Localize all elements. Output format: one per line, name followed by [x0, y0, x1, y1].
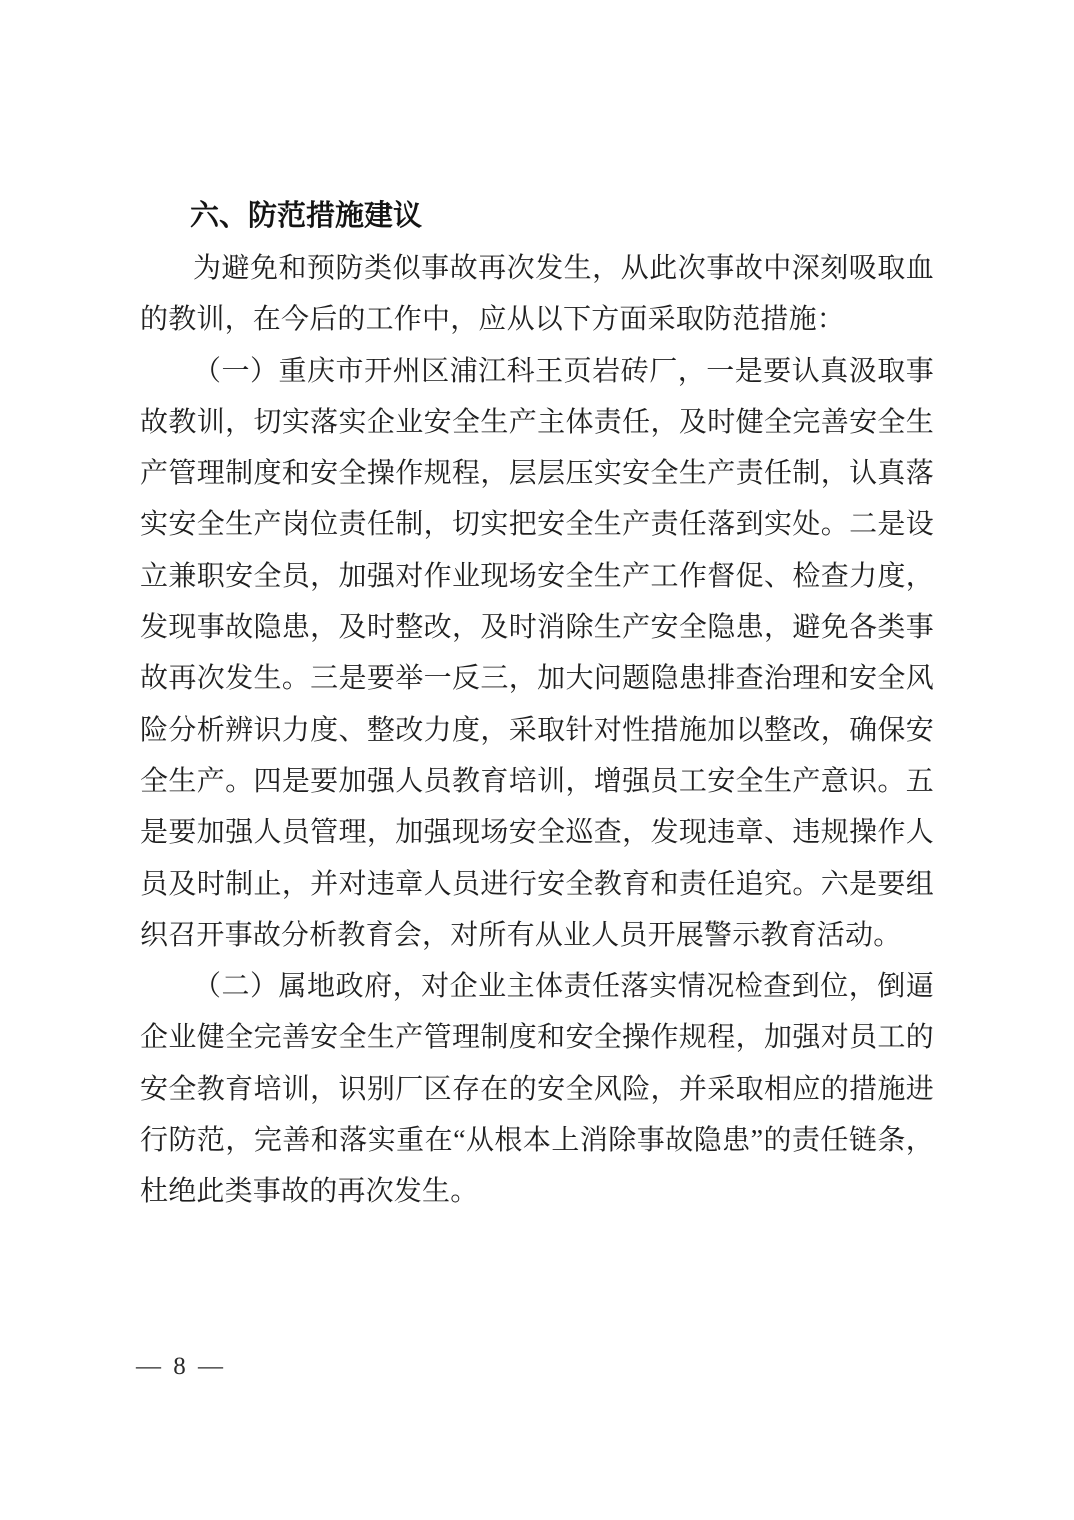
text-line: 发现事故隐患，及时整改，及时消除生产安全隐患，避免各类事 — [140, 602, 934, 653]
text-line: 全生产。四是要加强人员教育培训，增强员工安全生产意识。五 — [140, 756, 934, 807]
text-line: 实安全生产岗位责任制，切实把安全生产责任落到实处。二是设 — [140, 499, 934, 550]
text-line: 企业健全完善安全生产管理制度和安全操作规程，加强对员工的 — [140, 1012, 934, 1063]
text-line: 杜绝此类事故的再次发生。 — [140, 1166, 934, 1217]
text-line: 为避免和预防类似事故再次发生，从此次事故中深刻吸取血 — [140, 243, 934, 294]
section-heading: 六、防范措施建议 — [190, 201, 422, 233]
text-line: 立兼职安全员，加强对作业现场安全生产工作督促、检查力度， — [140, 551, 934, 602]
text-line: 故再次发生。三是要举一反三，加大问题隐患排查治理和安全风 — [140, 653, 934, 704]
text-line: 行防范，完善和落实重在“从根本上消除事故隐患”的责任链条， — [140, 1115, 934, 1166]
text-line: 织召开事故分析教育会，对所有从业人员开展警示教育活动。 — [140, 910, 934, 961]
document-page: 六、防范措施建议 为避免和预防类似事故再次发生，从此次事故中深刻吸取血的教训，在… — [0, 0, 1074, 1520]
text-line: 的教训，在今后的工作中，应从以下方面采取防范措施： — [140, 294, 934, 345]
text-line: （二）属地政府，对企业主体责任落实情况检查到位，倒逼 — [140, 961, 934, 1012]
text-line: 产管理制度和安全操作规程，层层压实安全生产责任制，认真落 — [140, 448, 934, 499]
text-line: 员及时制止，并对违章人员进行安全教育和责任追究。六是要组 — [140, 859, 934, 910]
text-line: 险分析辨识力度、整改力度，采取针对性措施加以整改，确保安 — [140, 705, 934, 756]
text-line: 是要加强人员管理，加强现场安全巡查，发现违章、违规操作人 — [140, 807, 934, 858]
document-body: 为避免和预防类似事故再次发生，从此次事故中深刻吸取血的教训，在今后的工作中，应从… — [140, 243, 934, 1218]
text-line: 故教训，切实落实企业安全生产主体责任，及时健全完善安全生 — [140, 397, 934, 448]
page-number: — 8 — — [136, 1352, 226, 1382]
text-line: （一）重庆市开州区浦江科王页岩砖厂，一是要认真汲取事 — [140, 346, 934, 397]
text-line: 安全教育培训，识别厂区存在的安全风险，并采取相应的措施进 — [140, 1064, 934, 1115]
